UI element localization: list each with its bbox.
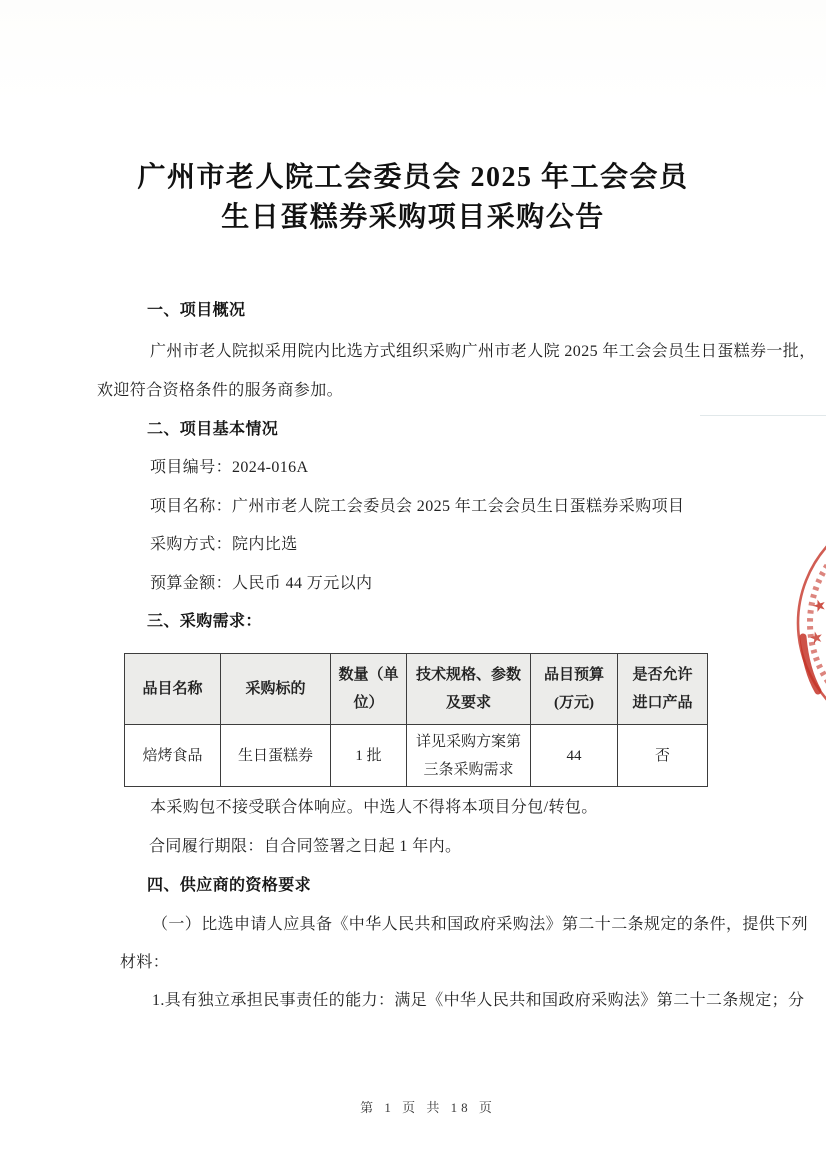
qualification-line1: （一）比选申请人应具备《中华人民共和国政府采购法》第二十二条规定的条件，提供下列 (152, 915, 808, 935)
table-cell-item-name: 焙烤食品 (125, 725, 221, 787)
table-cell-subject: 生日蛋糕券 (221, 725, 331, 787)
table-header-item-name: 品目名称 (125, 654, 221, 725)
document-title-line1: 广州市老人院工会委员会 2025 年工会会员 (0, 158, 826, 198)
seal-text-ring (810, 545, 826, 710)
seal-thick-stroke (803, 637, 818, 691)
scan-artifact-line (700, 415, 826, 416)
seal-star-icon: ★ (810, 596, 826, 617)
table-row: 焙烤食品 生日蛋糕券 1 批 详见采购方案第 三条采购需求 44 否 (125, 725, 708, 787)
section-heading-overview: 一、项目概况 (147, 301, 245, 321)
project-name-line: 项目名称：广州市老人院工会委员会 2025 年工会会员生日蛋糕券采购项目 (150, 497, 684, 517)
procurement-method-line: 采购方式：院内比选 (150, 535, 298, 555)
seal-outer-ring (798, 545, 826, 710)
budget-line: 预算金额：人民币 44 万元以内 (150, 574, 372, 594)
table-cell-quantity: 1 批 (331, 725, 407, 787)
section-heading-requirements: 三、采购需求： (147, 612, 262, 632)
table-header-budget: 品目预算 (万元) (531, 654, 618, 725)
table-header-row: 品目名称 采购标的 数量（单 位） 技术规格、参数 及要求 品目预算 (万元) … (125, 654, 708, 725)
overview-paragraph-line1: 广州市老人院拟采用院内比选方式组织采购广州市老人院 2025 年工会会员生日蛋糕… (150, 342, 816, 362)
document-title: 广州市老人院工会委员会 2025 年工会会员 生日蛋糕券采购项目采购公告 (0, 158, 826, 238)
project-number-line: 项目编号：2024-016A (150, 458, 308, 478)
table-header-subject: 采购标的 (221, 654, 331, 725)
document-title-line2: 生日蛋糕券采购项目采购公告 (0, 198, 826, 238)
table-cell-budget: 44 (531, 725, 618, 787)
section-heading-basic-info: 二、项目基本情况 (147, 420, 278, 440)
contract-term-line: 合同履行期限：自合同签署之日起 1 年内。 (149, 837, 461, 857)
page-number-footer: 第 1 页 共 18 页 (15, 1097, 826, 1116)
seal-star-icon: ★ (808, 628, 826, 648)
table-header-quantity: 数量（单 位） (331, 654, 407, 725)
qualification-line2: 材料： (120, 953, 169, 973)
overview-paragraph-line2: 欢迎符合资格条件的服务商参加。 (97, 381, 343, 401)
table-header-import: 是否允许 进口产品 (618, 654, 708, 725)
scanned-document-page: 广州市老人院工会委员会 2025 年工会会员 生日蛋糕券采购项目采购公告 一、项… (0, 0, 826, 1169)
table-cell-specs: 详见采购方案第 三条采购需求 (407, 725, 531, 787)
table-header-specs: 技术规格、参数 及要求 (407, 654, 531, 725)
section-heading-qualification: 四、供应商的资格要求 (147, 876, 311, 896)
table-cell-import: 否 (618, 725, 708, 787)
qualification-line3: 1.具有独立承担民事责任的能力：满足《中华人民共和国政府采购法》第二十二条规定；… (152, 991, 804, 1011)
consortium-note-line: 本采购包不接受联合体响应。中选人不得将本项目分包/转包。 (150, 798, 598, 818)
requirements-table: 品目名称 采购标的 数量（单 位） 技术规格、参数 及要求 品目预算 (万元) … (124, 653, 708, 787)
official-seal: ★ ★ (786, 545, 826, 710)
